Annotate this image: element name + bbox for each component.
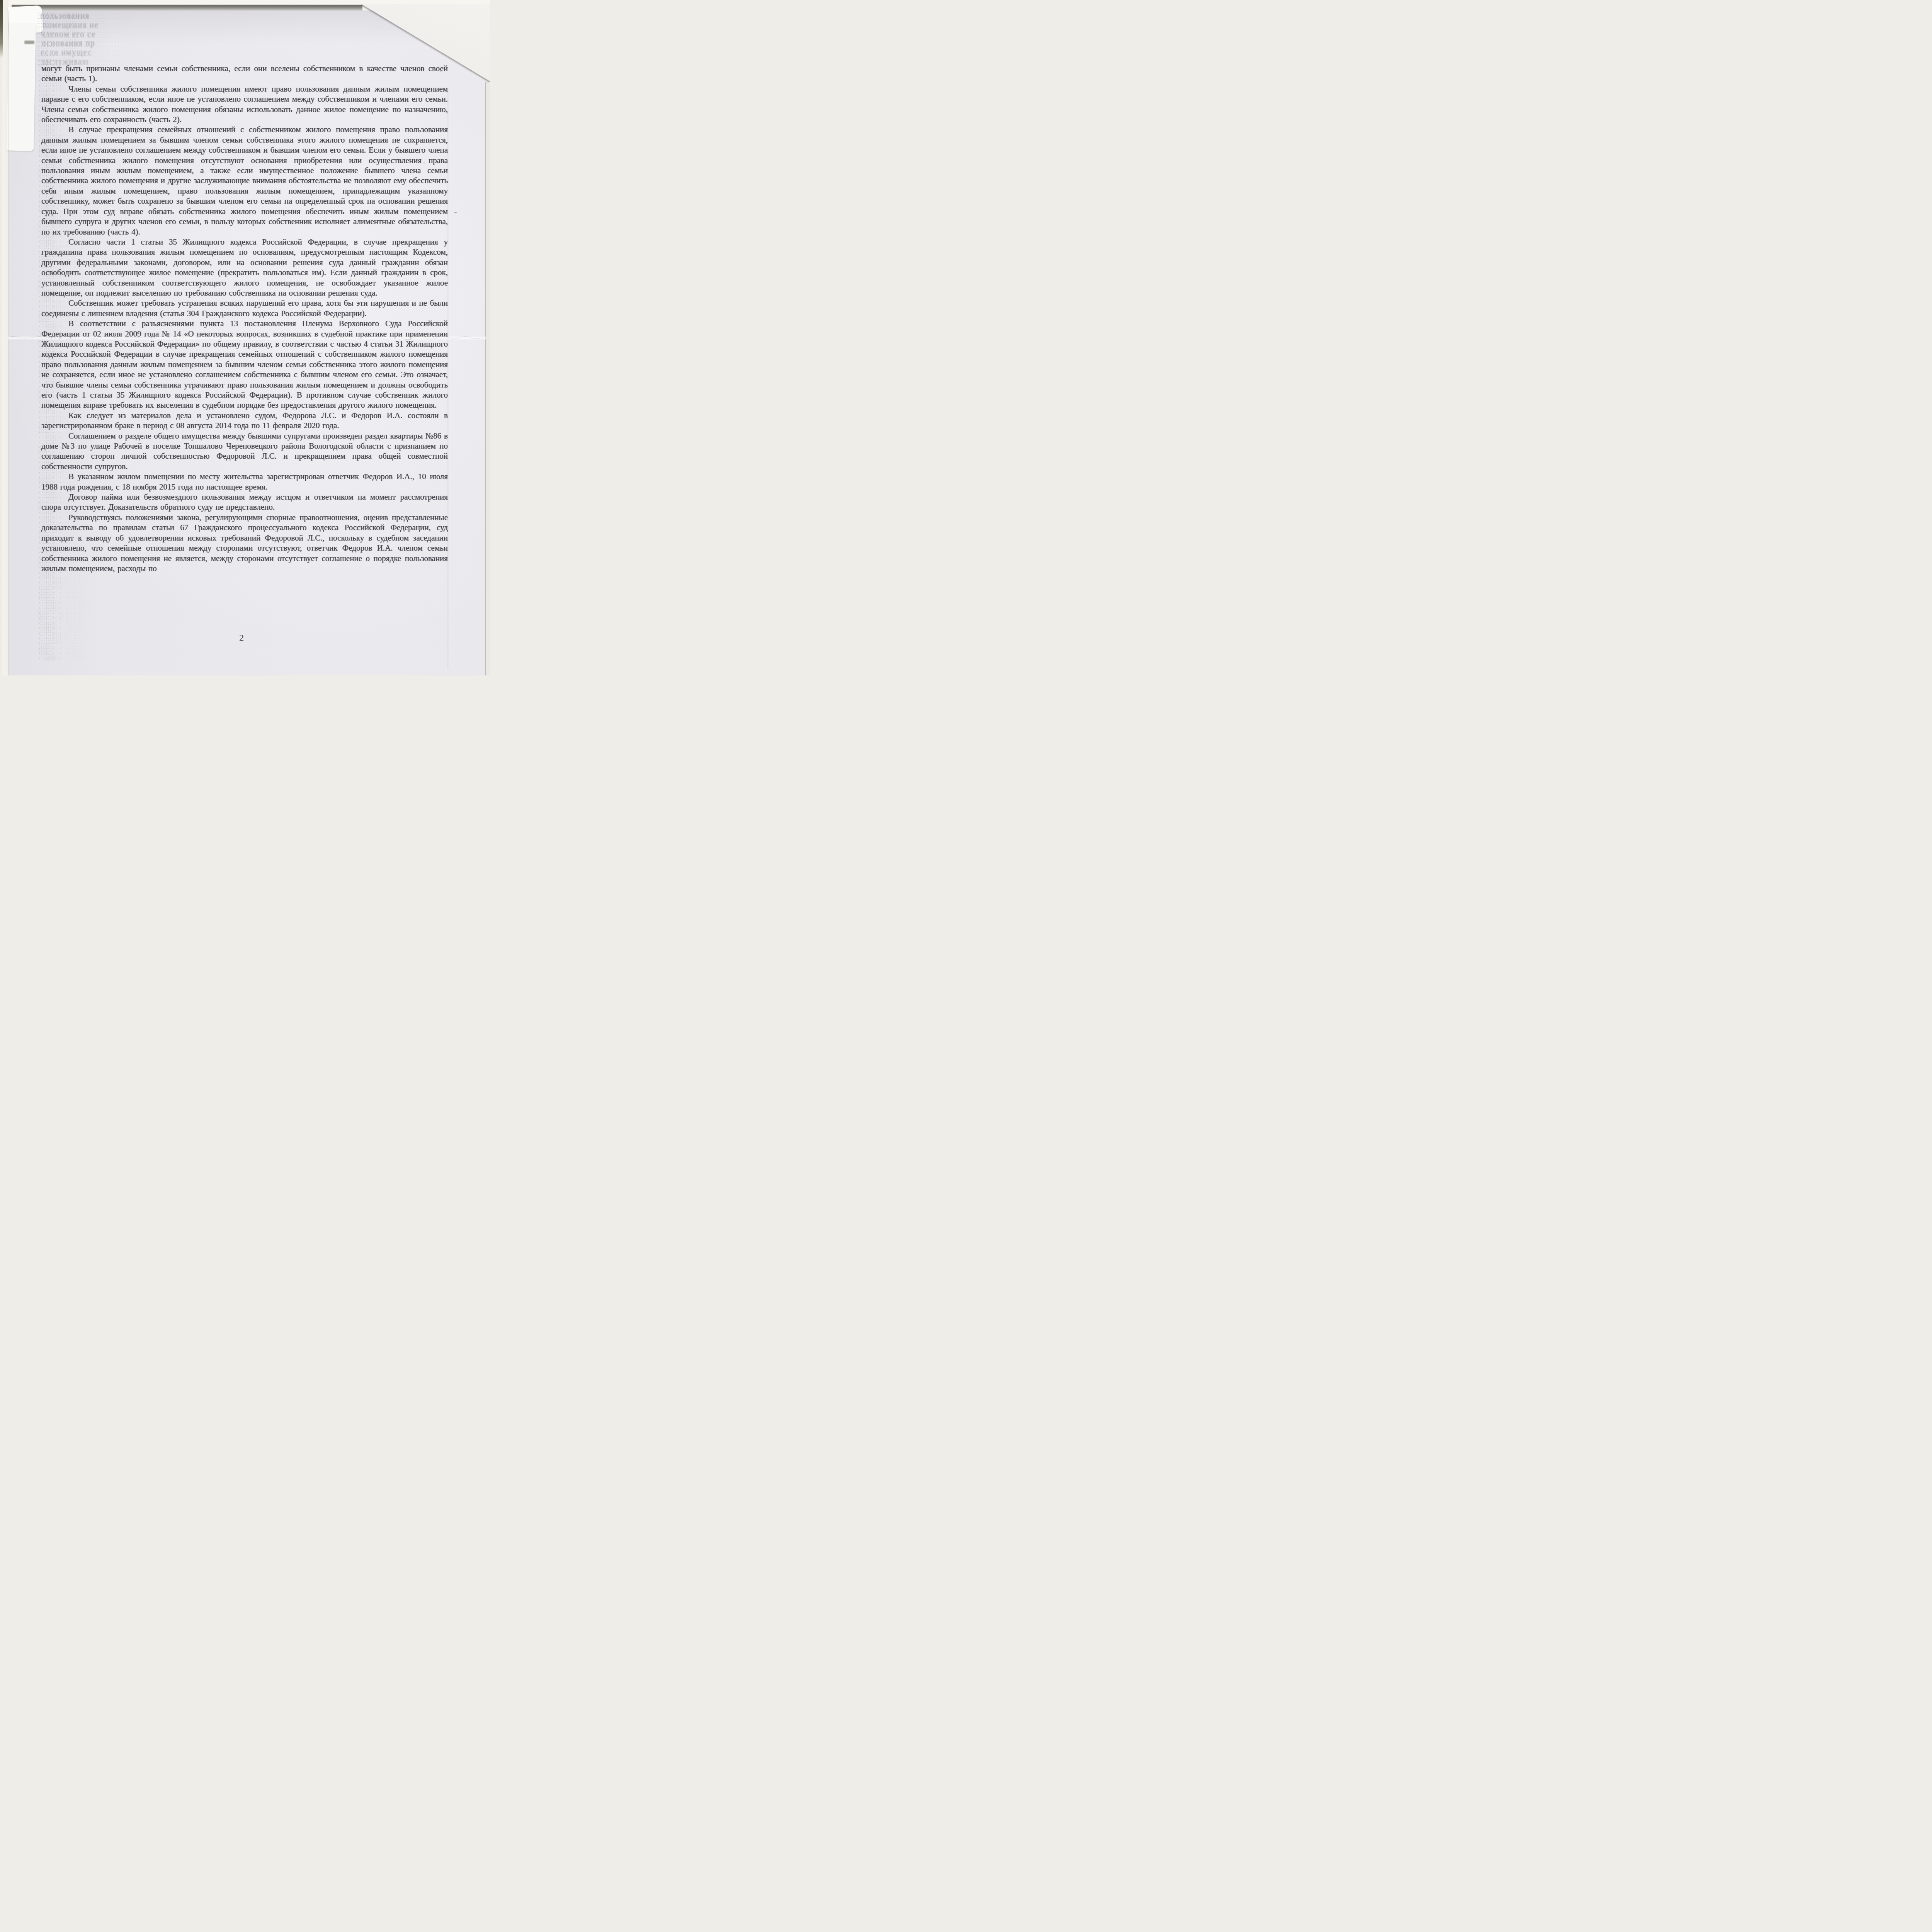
torn-paper-notch — [24, 41, 34, 44]
paragraph: Руководствуясь положениями закона, регул… — [41, 512, 448, 573]
fold-crease — [8, 334, 486, 341]
paper-speck — [454, 212, 457, 213]
paragraph: В указанном жилом помещении по месту жит… — [41, 471, 448, 492]
paper-speck — [440, 70, 442, 71]
paragraph: Собственник может требовать устранения в… — [41, 298, 448, 318]
scanner-bed-right-strip — [485, 82, 490, 675]
scanner-edge-sliver — [0, 0, 3, 58]
page-left-edge-shadow — [8, 10, 9, 675]
paragraph: Договор найма или безвозмездного пользов… — [41, 492, 448, 512]
toner-noise-patch — [37, 12, 133, 66]
paragraph: Члены семьи собственника жилого помещени… — [41, 84, 448, 125]
document-text: могут быть признаны членами семьи собств… — [41, 63, 448, 632]
paragraph: Согласно части 1 статьи 35 Жилищного код… — [41, 237, 448, 298]
page-number: 2 — [0, 633, 483, 643]
paragraph: Соглашением о разделе общего имущества м… — [41, 431, 448, 472]
page-top-edge-shadow — [12, 5, 362, 11]
paragraph: В соответствии с разъяснениями пункта 13… — [41, 318, 448, 410]
paragraph: В случае прекращения семейных отношений … — [41, 124, 448, 236]
paragraph: Как следует из материалов дела и установ… — [41, 410, 448, 431]
paper-speck — [180, 458, 182, 459]
paper-speck — [423, 162, 425, 163]
scanned-court-decision-page: пользования помещения не членом его се о… — [0, 0, 490, 675]
paragraph: могут быть признаны членами семьи собств… — [41, 63, 448, 84]
